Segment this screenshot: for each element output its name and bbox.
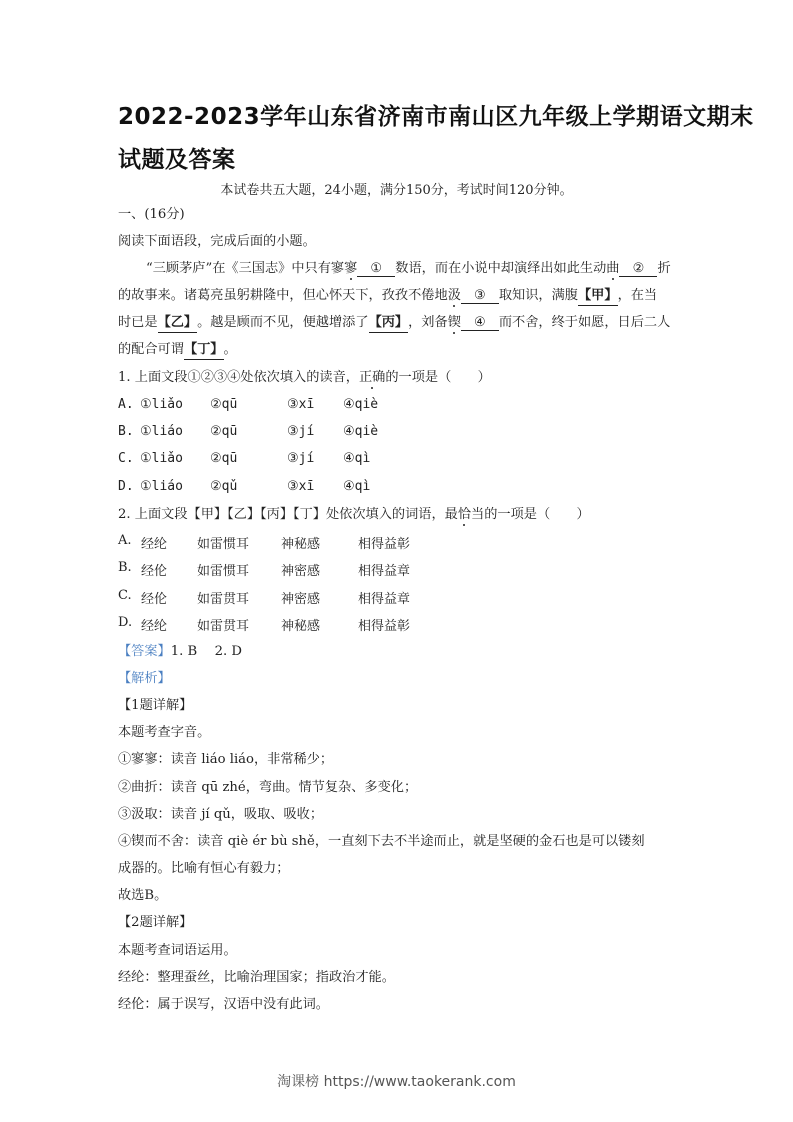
option-choice: ①liáo [140, 424, 183, 439]
passage-text: 。 [224, 342, 237, 357]
emphasis-word: 最恰当 [445, 507, 485, 522]
option-label: A. [118, 397, 134, 412]
option-choice: 如雷惯耳 [197, 560, 249, 579]
option-choice: ④qì [343, 479, 370, 494]
option-choice: 相得益彰 [358, 615, 410, 634]
detail-1-line: ③汲取：读音 jí qǔ，吸取、吸收； [118, 806, 323, 824]
option-choice: 如雷贯耳 [197, 588, 249, 607]
detail-2-heading: 【2题详解】 [118, 914, 192, 932]
option-choice: 神密感 [281, 560, 320, 579]
emphasis-char: 锲 [448, 315, 461, 330]
document-title-line1: 2022-2023学年山东省济南市南山区九年级上学期语文期末 [118, 98, 683, 131]
option-label: B. [118, 424, 134, 439]
option-choice: 神秘感 [281, 533, 320, 552]
option-choice: 如雷惯耳 [197, 533, 249, 552]
passage-text: 数语，而在小说中却演绎出如此生动 [395, 261, 606, 276]
passage-line-2: 的故事来。诸葛亮虽躬耕隆中，但心怀天下，孜孜不倦地汲③取知识，满腹【甲】，在当 [118, 287, 657, 306]
detail-1-heading: 【1题详解】 [118, 697, 192, 715]
option-choice: 经伦 [141, 588, 167, 607]
passage-line-3: 时已是【乙】。越是顾而不见，便越增添了【丙】，刘备锲④而不舍，终于如愿，日后二人 [118, 314, 670, 333]
section-heading: 一、(16分) [118, 206, 185, 224]
detail-1-line: ②曲折：读音 qū zhé，弯曲。情节复杂、多变化； [118, 779, 417, 797]
option-choice: ③jí [287, 424, 314, 439]
emphasis-word: 正确 [359, 370, 385, 385]
option-choice: ②qū [210, 397, 237, 412]
exam-info: 本试卷共五大题，24小题，满分150分，考试时间120分钟。 [0, 179, 793, 198]
option-choice: ④qiè [343, 424, 378, 439]
section-instruction: 阅读下面语段，完成后面的小题。 [118, 233, 316, 251]
detail-1-line: ①寥寥：读音 liáo liáo，非常稀少； [118, 751, 333, 769]
blank-ding: 【丁】 [184, 341, 224, 360]
detail-2-line: 经伦：属于误写，汉语中没有此词。 [118, 996, 329, 1014]
passage-line-1: “三顾茅庐”在《三国志》中只有寥寥①数语，而在小说中却演绎出如此生动曲②折 [146, 260, 671, 278]
stem-text: 2. 上面文段【甲】【乙】【丙】【丁】处依次填入的词语， [118, 507, 445, 522]
detail-2-line: 经纶：整理蚕丝，比喻治理国家；指政治才能。 [118, 969, 395, 987]
option-choice: ③jí [287, 451, 314, 466]
answer-line: 【答案】1. B 2. D [118, 643, 242, 661]
option-choice: ④qiè [343, 397, 378, 412]
passage-text: 。越是顾而不见，便越增添了 [197, 315, 368, 330]
option-label: D. [118, 479, 134, 494]
blank-jia: 【甲】 [578, 287, 618, 306]
option-choice: 经伦 [141, 560, 167, 579]
emphasis-char: 汲 [448, 288, 461, 303]
option-choice: ①liǎo [140, 397, 183, 412]
detail-1-line: 故选B。 [118, 887, 167, 905]
option-choice: 经纶 [141, 533, 167, 552]
passage-text: “三顾茅庐”在《三国志》中只有寥 [146, 261, 344, 276]
option-choice: 神密感 [281, 588, 320, 607]
stem-text: 1. 上面文段①②③④处依次填入的读音， [118, 370, 359, 385]
document-page: 2022-2023学年山东省济南市南山区九年级上学期语文期末 试题及答案 本试卷… [0, 0, 793, 1122]
question-1-stem: 1. 上面文段①②③④处依次填入的读音，正确的一项是（ ） [118, 369, 491, 387]
option-choice: 神秘感 [281, 615, 320, 634]
blank-2: ② [619, 261, 657, 277]
question-2-stem: 2. 上面文段【甲】【乙】【丙】【丁】处依次填入的词语，最恰当的一项是（ ） [118, 506, 590, 524]
option-label: A. [118, 533, 132, 548]
option-label: D. [118, 615, 132, 630]
document-title-line2: 试题及答案 [118, 141, 683, 174]
passage-text: 折 [657, 261, 670, 276]
passage-line-4: 的配合可谓【丁】。 [118, 341, 237, 360]
blank-bing: 【丙】 [369, 314, 409, 333]
detail-1-line: 成器的。比喻有恒心有毅力； [118, 860, 289, 878]
passage-text: 而不舍，终于如愿，日后二人 [499, 315, 670, 330]
option-choice: ②qū [210, 424, 237, 439]
option-choice: 如雷贯耳 [197, 615, 249, 634]
option-choice: 相得益彰 [358, 533, 410, 552]
option-choice: ④qì [343, 451, 370, 466]
passage-text: 的故事来。诸葛亮虽躬耕隆中，但心怀天下，孜孜不倦地 [118, 288, 448, 303]
passage-text: 取知识，满腹 [499, 288, 578, 303]
analysis-label: 【解析】 [118, 670, 171, 688]
option-choice: ①liáo [140, 479, 183, 494]
blank-yi: 【乙】 [158, 314, 198, 333]
detail-2-line: 本题考查词语运用。 [118, 942, 237, 960]
option-label: C. [118, 451, 134, 466]
blank-1: ① [357, 261, 395, 277]
option-choice: ①liǎo [140, 451, 183, 466]
stem-text: 的一项是（ ） [385, 370, 491, 385]
option-label: B. [118, 560, 132, 575]
answer-label: 【答案】 [118, 644, 171, 659]
option-label: C. [118, 588, 132, 603]
option-choice: ③xī [287, 397, 314, 412]
detail-1-line: 本题考查字音。 [118, 724, 210, 742]
passage-text: ，在当 [618, 288, 658, 303]
stem-text: 的一项是（ ） [484, 507, 590, 522]
emphasis-char: 寥 [344, 261, 357, 276]
blank-3: ③ [461, 288, 499, 304]
passage-text: 时已是 [118, 315, 158, 330]
option-choice: 经纶 [141, 615, 167, 634]
option-choice: ②qū [210, 451, 237, 466]
footer-watermark: 淘课榜 https://www.taokerank.com [0, 1071, 793, 1091]
emphasis-char: 曲 [606, 261, 619, 276]
passage-text: 的配合可谓 [118, 342, 184, 357]
passage-text: ，刘备 [408, 315, 448, 330]
answer-value: 1. B 2. D [171, 644, 242, 659]
detail-1-line: ④锲而不舍：读音 qiè ér bù shě，一直刻下去不半途而止，就是坚硬的金… [118, 833, 645, 851]
option-choice: 相得益章 [358, 588, 410, 607]
option-choice: 相得益章 [358, 560, 410, 579]
option-choice: ②qǔ [210, 479, 237, 494]
option-choice: ③xī [287, 479, 314, 494]
blank-4: ④ [461, 315, 499, 331]
